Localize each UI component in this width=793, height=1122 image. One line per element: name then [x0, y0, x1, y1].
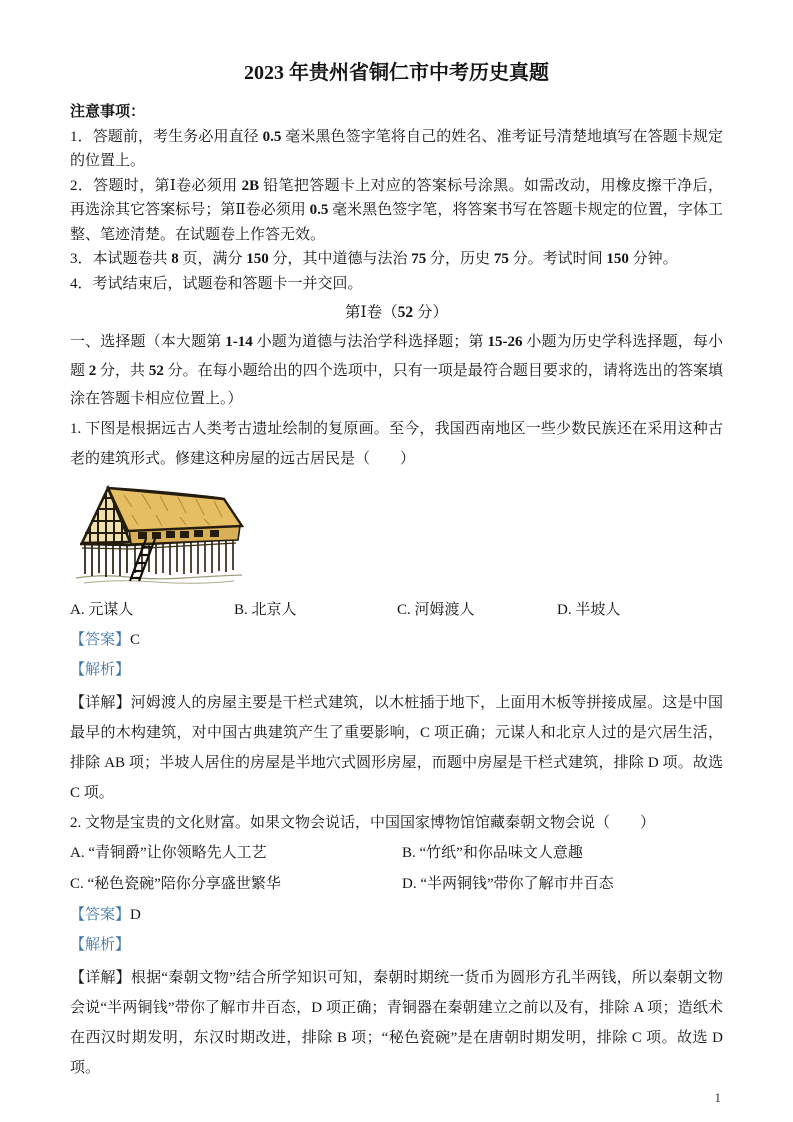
answer-value: C	[130, 632, 140, 648]
answer-label: 【答案】	[70, 632, 130, 648]
analysis-label: 【解析】	[70, 662, 130, 678]
notice-item-2: 2．答题时，第Ⅰ卷必须用 2B 铅笔把答题卡上对应的答案标号涂黑。如需改动，用橡…	[70, 174, 723, 248]
option-c: C. 河姆渡人	[397, 595, 557, 625]
question-2-answer-line: 【答案】D	[70, 900, 723, 930]
option-c: C. “秘色瓷碗”陪你分享盛世繁华	[70, 869, 402, 900]
exam-paper-page: 2023 年贵州省铜仁市中考历史真题 注意事项： 1．答题前，考生务必用直径 0…	[0, 0, 793, 1122]
notice-item-3: 3．本试题卷共 8 页，满分 150 分，其中道德与法治 75 分，历史 75 …	[70, 247, 723, 272]
option-a: A. “青铜爵”让你领略先人工艺	[70, 838, 402, 869]
notice-item-1: 1．答题前，考生务必用直径 0.5 毫米黑色签字笔将自己的姓名、准考证号清楚地填…	[70, 125, 723, 174]
option-a: A. 元谋人	[70, 595, 234, 625]
question-2-stem: 2. 文物是宝贵的文化财富。如果文物会说话，中国国家博物馆馆藏秦朝文物会说（ ）	[70, 808, 723, 838]
question-1-options: A. 元谋人 B. 北京人 C. 河姆渡人 D. 半坡人	[70, 595, 723, 625]
option-d: D. “半两铜钱”带你了解市井百态	[402, 869, 723, 900]
ground-line-2	[84, 580, 234, 583]
question-2-options: A. “青铜爵”让你领略先人工艺 B. “竹纸”和你品味文人意趣 C. “秘色瓷…	[70, 838, 723, 900]
notice-item-4: 4．考试结束后，试题卷和答题卡一并交回。	[70, 272, 723, 297]
question-2-detail: 【详解】根据“秦朝文物”结合所学知识可知，秦朝时期统一货币为圆形方孔半两钱，所以…	[70, 963, 723, 1083]
section-intro: 一、选择题（本大题第 1-14 小题为道德与法治学科选择题；第 15-26 小题…	[70, 328, 723, 414]
analysis-label: 【解析】	[70, 937, 130, 953]
notice-heading: 注意事项：	[70, 100, 723, 125]
page-number: 1	[715, 1090, 722, 1106]
stilt-house-image	[72, 481, 248, 587]
page-title: 2023 年贵州省铜仁市中考历史真题	[70, 60, 723, 86]
question-1-detail: 【详解】河姆渡人的房屋主要是干栏式建筑，以木桩插于地下，上面用木板等拼接成屋。这…	[70, 688, 723, 808]
option-b: B. “竹纸”和你品味文人意趣	[402, 838, 723, 869]
question-1-stem: 1. 下图是根据远古人类考古遗址绘制的复原画。至今，我国西南地区一些少数民族还在…	[70, 414, 723, 474]
question-2-analysis-line: 【解析】	[70, 930, 723, 960]
option-b: B. 北京人	[234, 595, 397, 625]
question-1-answer-line: 【答案】C	[70, 625, 723, 655]
stilt-house-figure	[72, 481, 723, 592]
section-header: 第Ⅰ卷（52 分）	[70, 298, 723, 328]
answer-value: D	[130, 907, 141, 923]
question-1-analysis-line: 【解析】	[70, 655, 723, 685]
roof	[108, 488, 242, 531]
ground-line	[76, 575, 242, 579]
question-1-block: 1. 下图是根据远古人类考古遗址绘制的复原画。至今，我国西南地区一些少数民族还在…	[70, 414, 723, 808]
answer-label: 【答案】	[70, 907, 130, 923]
option-d: D. 半坡人	[557, 595, 723, 625]
question-2-block: 2. 文物是宝贵的文化财富。如果文物会说话，中国国家博物馆馆藏秦朝文物会说（ ）…	[70, 808, 723, 1083]
notice-section: 注意事项： 1．答题前，考生务必用直径 0.5 毫米黑色签字笔将自己的姓名、准考…	[70, 100, 723, 296]
